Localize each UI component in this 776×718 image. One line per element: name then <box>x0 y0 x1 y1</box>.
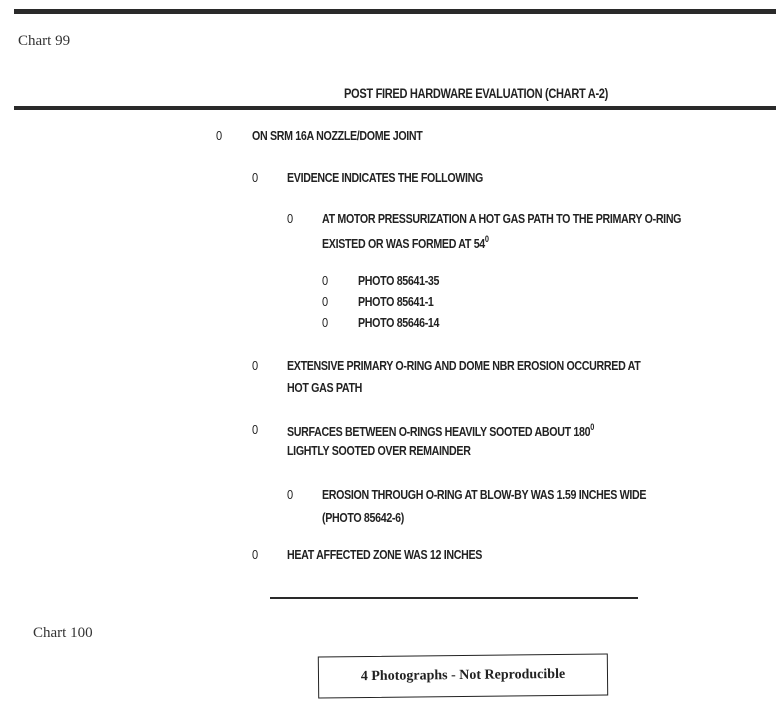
soot-line1-text: SURFACES BETWEEN O-RINGS HEAVILY SOOTED … <box>287 424 590 439</box>
bullet-photo: 0 <box>322 315 328 330</box>
photo-item: PHOTO 85641-1 <box>358 294 434 309</box>
soot-line2: LIGHTLY SOOTED OVER REMAINDER <box>287 443 471 458</box>
chart-label-top: Chart 99 <box>18 33 70 50</box>
title-rule <box>14 106 776 110</box>
hot-gas-line2: EXISTED OR WAS FORMED AT 540 <box>322 234 489 251</box>
top-rule <box>14 9 776 14</box>
bullet-evidence: 0 <box>252 170 258 185</box>
soot-line1: SURFACES BETWEEN O-RINGS HEAVILY SOOTED … <box>287 422 594 439</box>
blowby-line2: (PHOTO 85642-6) <box>322 510 404 525</box>
chart-label-bottom: Chart 100 <box>33 625 93 642</box>
outline-level0-text: ON SRM 16A NOZZLE/DOME JOINT <box>252 128 422 143</box>
outline-evidence-text: EVIDENCE INDICATES THE FOLLOWING <box>287 170 483 185</box>
erosion-line1: EXTENSIVE PRIMARY O-RING AND DOME NBR ER… <box>287 358 640 373</box>
section-end-rule <box>270 597 638 599</box>
page-title: POST FIRED HARDWARE EVALUATION (CHART A-… <box>344 86 608 101</box>
bullet-heat: 0 <box>252 547 258 562</box>
bullet-erosion: 0 <box>252 358 258 373</box>
photo-item: PHOTO 85646-14 <box>358 315 439 330</box>
bullet-hot-gas: 0 <box>287 211 293 226</box>
bullet-blowby: 0 <box>287 487 293 502</box>
bullet-photo: 0 <box>322 294 328 309</box>
degree-superscript: 0 <box>485 234 489 244</box>
bullet-photo: 0 <box>322 273 328 288</box>
hot-gas-line2-text: EXISTED OR WAS FORMED AT 54 <box>322 236 485 251</box>
blowby-line1: EROSION THROUGH O-RING AT BLOW-BY WAS 1.… <box>322 487 646 502</box>
photo-item: PHOTO 85641-35 <box>358 273 439 288</box>
not-reproducible-box: 4 Photographs - Not Reproducible <box>318 653 608 698</box>
bullet-soot: 0 <box>252 422 258 437</box>
degree-superscript: 0 <box>590 422 594 432</box>
hot-gas-line1: AT MOTOR PRESSURIZATION A HOT GAS PATH T… <box>322 211 681 226</box>
heat-text: HEAT AFFECTED ZONE WAS 12 INCHES <box>287 547 482 562</box>
notice-text: 4 Photographs - Not Reproducible <box>361 667 565 685</box>
bullet-level0: 0 <box>216 128 222 143</box>
erosion-line2: HOT GAS PATH <box>287 380 362 395</box>
